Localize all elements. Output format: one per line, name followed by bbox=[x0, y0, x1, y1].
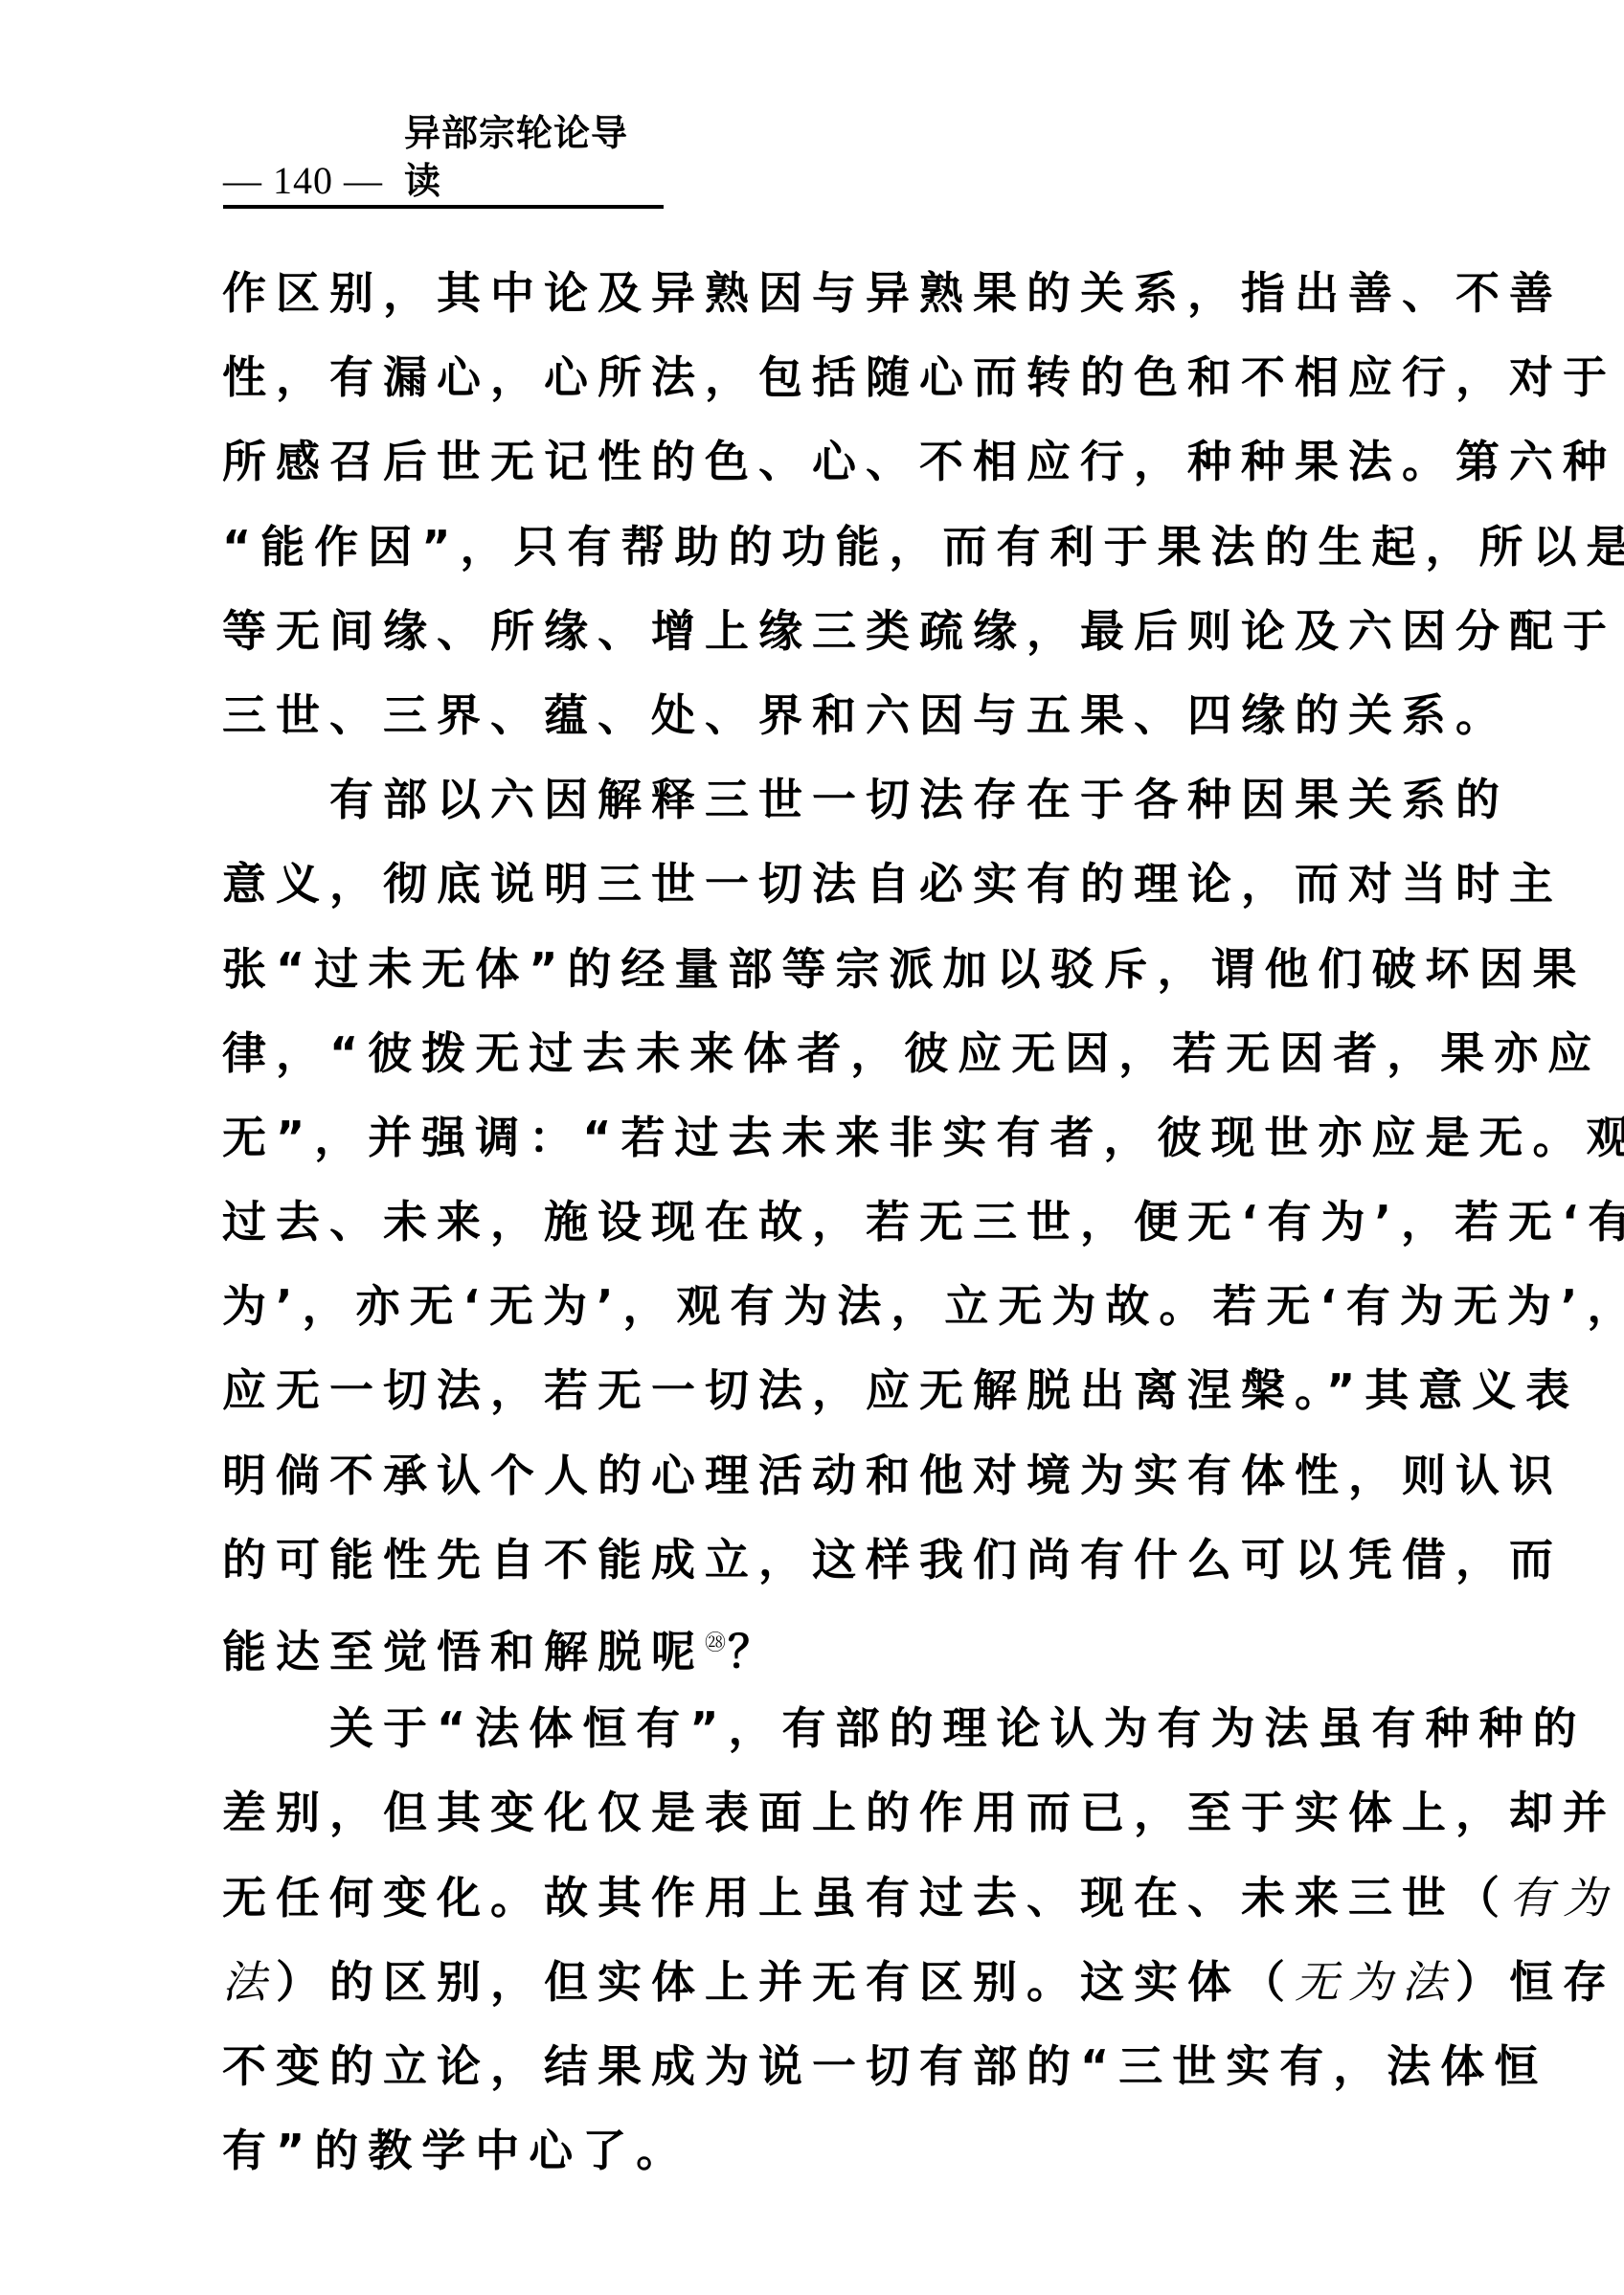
text-line: 关于“法体恒有”，有部的理论认为有为法虽有种种的 bbox=[222, 1686, 1405, 1770]
paragraph-1: 作区别，其中论及异熟因与异熟果的关系，指出善、不善 性，有漏心，心所法，包括随心… bbox=[222, 251, 1405, 757]
book-title: 异部宗轮论导读 bbox=[404, 109, 664, 205]
text-line: 作区别，其中论及异熟因与异熟果的关系，指出善、不善 bbox=[222, 251, 1405, 335]
text-line: 法）的区别，但实体上并无有区别。这实体（无为法）恒存 bbox=[222, 1940, 1405, 2024]
text-line: 意义，彻底说明三世一切法自必实有的理论，而对当时主 bbox=[222, 842, 1405, 926]
text-line: 律，“彼拨无过去未来体者，彼应无因，若无因者，果亦应 bbox=[222, 1011, 1405, 1095]
text-line: 能达至觉悟和解脱呢㉘？ bbox=[222, 1602, 1405, 1686]
paragraph-2: 有部以六因解释三世一切法存在于各种因果关系的 意义，彻底说明三世一切法自必实有的… bbox=[222, 757, 1405, 1686]
text-line: 过去、未来，施设现在故，若无三世，便无‘有为’，若无‘有 bbox=[222, 1180, 1405, 1264]
text-line: 的可能性先自不能成立，这样我们尚有什么可以凭借，而 bbox=[222, 1518, 1405, 1602]
running-header: — 140 — 异部宗轮论导读 bbox=[223, 153, 664, 209]
text-span: ）恒存 bbox=[1455, 1956, 1616, 2008]
text-span: ？ bbox=[728, 1626, 781, 1677]
kai-text-span: 无为法 bbox=[1295, 1956, 1455, 2008]
text-line: 等无间缘、所缘、增上缘三类疏缘，最后则论及六因分配于 bbox=[222, 589, 1405, 673]
text-line: “能作因”，只有帮助的功能，而有利于果法的生起，所以是 bbox=[222, 505, 1405, 589]
text-line: 性，有漏心，心所法，包括随心而转的色和不相应行，对于 bbox=[222, 335, 1405, 419]
kai-text-span: 有为 bbox=[1509, 1872, 1616, 1924]
text-line: 差别，但其变化仅是表面上的作用而已，至于实体上，却并 bbox=[222, 1770, 1405, 1855]
text-line: 为’，亦无‘无为’，观有为法，立无为故。若无‘有为无为’， bbox=[222, 1264, 1405, 1348]
text-line: 无”，并强调：“若过去未来非实有者，彼现世亦应是无。观 bbox=[222, 1095, 1405, 1180]
text-line: 明倘不承认个人的心理活动和他对境为实有体性，则认识 bbox=[222, 1433, 1405, 1518]
text-line: 三世、三界、蕴、处、界和六因与五果、四缘的关系。 bbox=[222, 673, 1405, 757]
text-span: 无任何变化。故其作用上虽有过去、现在、未来三世（ bbox=[222, 1872, 1509, 1924]
text-line: 应无一切法，若无一切法，应无解脱出离涅槃。”其意义表 bbox=[222, 1348, 1405, 1432]
text-line: 有”的教学中心了。 bbox=[222, 2108, 1405, 2193]
page-number: — 140 — bbox=[223, 157, 383, 205]
text-line: 不变的立论，结果成为说一切有部的“三世实有，法体恒 bbox=[222, 2024, 1405, 2108]
text-line: 所感召后世无记性的色、心、不相应行，种种果法。第六种 bbox=[222, 419, 1405, 504]
paragraph-3: 关于“法体恒有”，有部的理论认为有为法虽有种种的 差别，但其变化仅是表面上的作用… bbox=[222, 1686, 1405, 2193]
text-span: ）的区别，但实体上并无有区别。这实体（ bbox=[276, 1956, 1295, 2008]
text-span: 能达至觉悟和解脱呢 bbox=[222, 1626, 705, 1677]
footnote-marker[interactable]: ㉘ bbox=[705, 1631, 728, 1655]
text-line: 无任何变化。故其作用上虽有过去、现在、未来三世（有为 bbox=[222, 1856, 1405, 1940]
kai-text-span: 法 bbox=[222, 1956, 276, 2008]
body-text: 作区别，其中论及异熟因与异熟果的关系，指出善、不善 性，有漏心，心所法，包括随心… bbox=[222, 251, 1405, 2193]
text-line: 张“过未无体”的经量部等宗派加以驳斥，谓他们破坏因果 bbox=[222, 927, 1405, 1011]
text-line: 有部以六因解释三世一切法存在于各种因果关系的 bbox=[222, 757, 1405, 842]
